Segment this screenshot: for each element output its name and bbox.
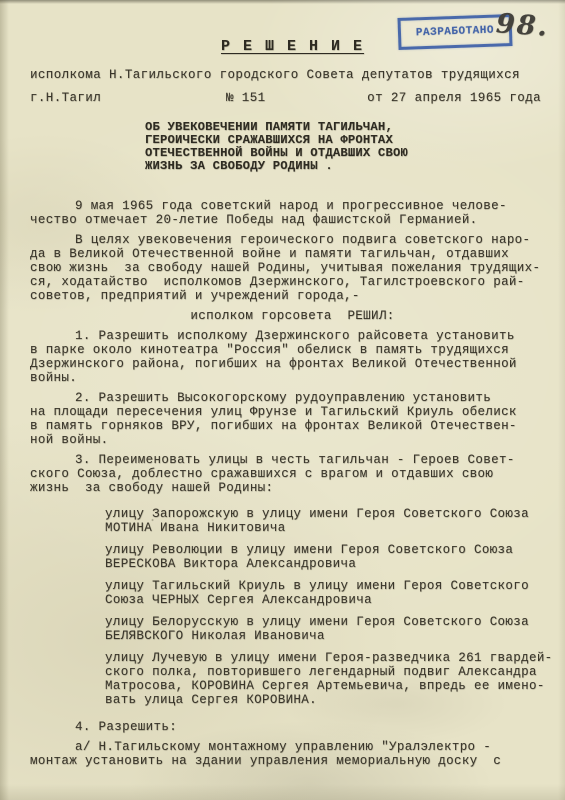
text-line: Матросова, КОРОВИНА Сергея Артемьевича, …	[105, 679, 555, 693]
street-rename-item: улицу Запорожскую в улицу имени Героя Со…	[105, 507, 555, 535]
paragraph: 4. Разрешить:	[30, 720, 555, 734]
text-line: в память горняков ВРУ, погибших на фронт…	[30, 419, 555, 433]
text-line: ского полка, повторившего легендарный по…	[105, 665, 555, 679]
street-rename-item: улицу Революции в улицу имени Героя Сове…	[105, 543, 555, 571]
text-line: 1. Разрешить исполкому Дзержинского райс…	[30, 329, 555, 343]
text-line: вать улица Сергея КОРОВИНА.	[105, 693, 555, 707]
document-title: Р Е Ш Е Н И Е	[30, 38, 555, 55]
text-line: исполком горсовета РЕШИЛ:	[30, 309, 555, 323]
city-label: г.Н.Тагил	[30, 91, 101, 105]
text-line: 3. Переименовать улицы в честь тагильчан…	[30, 453, 555, 467]
scanned-document-page: РАЗРАБОТАНО 98. Р Е Ш Е Н И Е исполкома …	[0, 0, 565, 800]
org-line: исполкома Н.Тагильского городского Совет…	[30, 68, 555, 82]
street-rename-item: улицу Тагильский Криуль в улицу имени Ге…	[105, 579, 555, 607]
paragraph: 2. Разрешить Высокогорскому рудоуправлен…	[30, 391, 555, 447]
text-line: свою жизнь за свободу нашей Родины, учит…	[30, 261, 555, 275]
text-line: МОТИНА Ивана Никитовича	[105, 521, 555, 535]
text-line: 9 мая 1965 года советский народ и прогре…	[30, 199, 555, 213]
document: Р Е Ш Е Н И Е исполкома Н.Тагильского го…	[30, 38, 555, 768]
text-line: БЕЛЯВСКОГО Николая Ивановича	[105, 629, 555, 643]
text-line: В целях увековечения героического подвиг…	[30, 233, 555, 247]
text-line: в парке около кинотеатра "Россия" обелис…	[30, 343, 555, 357]
street-rename-item: улицу Белорусскую в улицу имени Героя Со…	[105, 615, 555, 643]
text-line: ВЕРЕСКОВА Виктора Александровича	[105, 557, 555, 571]
text-line: советов, предприятий и учреждений города…	[30, 289, 555, 303]
text-line: 2. Разрешить Высокогорскому рудоуправлен…	[30, 391, 555, 405]
paragraph: 3. Переименовать улицы в честь тагильчан…	[30, 453, 555, 495]
text-line: чество отмечает 20-летие Победы над фаши…	[30, 213, 555, 227]
text-line: улицу Тагильский Криуль в улицу имени Ге…	[105, 579, 555, 593]
text-line: ся, ходатайство исполкомов Дзержинского,…	[30, 275, 555, 289]
document-date: от 27 апреля 1965 года	[367, 91, 541, 105]
street-rename-item: улицу Лучевую в улицу имени Героя-развед…	[105, 651, 555, 707]
paragraph: В целях увековечения героического подвиг…	[30, 233, 555, 303]
subject-line: ЖИЗНЬ ЗА СВОБОДУ РОДИНЫ .	[145, 160, 555, 173]
text-line: Союза ЧЕРНЫХ Сергея Александровича	[105, 593, 555, 607]
text-line: ского Союза, доблестно сражавшихся с вра…	[30, 467, 555, 481]
text-line: улицу Лучевую в улицу имени Героя-развед…	[105, 651, 555, 665]
text-line: войны.	[30, 371, 555, 385]
text-line: улицу Революции в улицу имени Героя Сове…	[105, 543, 555, 557]
text-line: жизнь за свободу нашей Родины:	[30, 481, 555, 495]
text-line: монтаж установить на здании управления м…	[30, 754, 555, 768]
document-number: № 151	[226, 91, 266, 105]
paragraph: исполком горсовета РЕШИЛ:	[30, 309, 555, 323]
text-line: улицу Белорусскую в улицу имени Героя Со…	[105, 615, 555, 629]
document-body: 9 мая 1965 года советский народ и прогре…	[30, 199, 555, 768]
text-line: а/ Н.Тагильскому монтажному управлению "…	[30, 740, 555, 754]
meta-row: г.Н.Тагил № 151 от 27 апреля 1965 года	[30, 91, 555, 105]
subject-heading: ОБ УВЕКОВЕЧЕНИИ ПАМЯТИ ТАГИЛЬЧАН, ГЕРОИЧ…	[145, 121, 555, 173]
text-line: улицу Запорожскую в улицу имени Героя Со…	[105, 507, 555, 521]
paragraph: а/ Н.Тагильскому монтажному управлению "…	[30, 740, 555, 768]
paragraph: 9 мая 1965 года советский народ и прогре…	[30, 199, 555, 227]
paragraph: 1. Разрешить исполкому Дзержинского райс…	[30, 329, 555, 385]
text-line: ной войны.	[30, 433, 555, 447]
text-line: 4. Разрешить:	[30, 720, 555, 734]
text-line: на площади пересечения улиц Фрунзе и Таг…	[30, 405, 555, 419]
text-line: да в Великой Отечественной войне и памят…	[30, 247, 555, 261]
text-line: Дзержинского района, погибших на фронтах…	[30, 357, 555, 371]
